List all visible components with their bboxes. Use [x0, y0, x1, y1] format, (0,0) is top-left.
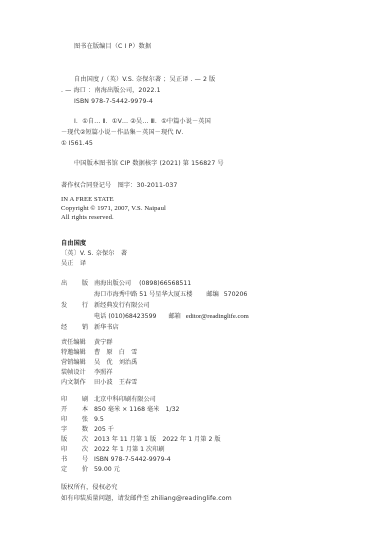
- publisher-row: 出 版 南海出版公司 (0898)66568511: [61, 280, 191, 288]
- cip-class-line3: ① I561.45: [61, 140, 93, 148]
- publisher-phone: (0898)66568511: [139, 280, 191, 288]
- cip-class-line1: Ⅰ．①自… Ⅱ．①V… ②吴… Ⅲ．①中篇小说－英国: [74, 118, 211, 126]
- distributor-name: 新经典发行有限公司: [94, 302, 150, 310]
- cip-entry-line2: . — 海口 ：南海出版公司，2022.1: [61, 87, 161, 95]
- cip-core-number: 中国版本图书馆 CIP 数据核字 (2021) 第 156827 号: [74, 160, 224, 168]
- copyright-registration: 著作权合同登记号 图字：30-2011-037: [61, 182, 177, 190]
- postcode-label: 邮编: [206, 291, 218, 298]
- publisher-address: 海口市海秀中路 51 号星华大厦五楼: [94, 291, 192, 298]
- editor-row: 特邀编辑 曹 原 白 雪: [61, 349, 137, 357]
- copyright-page: 图书在版编目（C I P）数据 自由国度 /（英）V.S. 奈保尔著 ；吴正译 …: [0, 0, 375, 544]
- seller-name: 新华书店: [94, 324, 119, 332]
- seller-row: 经 销 新华书店: [61, 324, 119, 332]
- editor-row: 装帧设计 李照祥: [61, 369, 113, 377]
- cip-class-line2: －现代②短篇小说－作品集－英国－现代 Ⅳ．: [61, 129, 188, 137]
- cip-isbn: ISBN 978-7-5442-9979-4: [74, 98, 153, 106]
- spec-row: 印刷 北京中科印刷有限公司: [61, 396, 156, 404]
- email-label: 邮箱: [168, 313, 180, 320]
- publisher-label: 出 版: [61, 280, 88, 288]
- original-copyright: Copyright © 1971, 2007, V.S. Naipaul: [61, 205, 166, 213]
- seller-label: 经 销: [61, 324, 88, 332]
- editor-row: 营销编辑 吴 优 刘治禹: [61, 359, 137, 367]
- book-title: 自由国度: [61, 240, 86, 248]
- book-translator: 吴正 译: [61, 260, 86, 268]
- spec-row: 定价 59.00 元: [61, 466, 120, 474]
- original-rights: All rights reserved.: [61, 214, 114, 222]
- cip-entry-line1: 自由国度 /（英）V.S. 奈保尔著 ；吴正译 . — 2 版: [74, 76, 215, 84]
- postcode: 570206: [224, 291, 248, 298]
- quality-notice: 如有印装质量问题，请发邮件至 zhiliang@readinglife.com: [61, 495, 232, 503]
- distributor-phone: 电话 (010)68423599: [94, 313, 156, 320]
- spec-row: 印次 2022 年 1 月第 1 次印刷: [61, 446, 165, 454]
- original-title: IN A FREE STATE: [61, 196, 114, 204]
- editor-row: 责任编辑 黄宁群: [61, 339, 113, 347]
- distributor-row: 发 行 新经典发行有限公司: [61, 302, 150, 310]
- distributor-email[interactable]: editor@readinglife.com: [186, 313, 249, 320]
- cip-heading: 图书在版编目（C I P）数据: [74, 43, 151, 51]
- spec-row: 开本 850 毫米 × 1168 毫米 1/32: [61, 406, 179, 414]
- distributor-contact-row: 电话 (010)68423599 邮箱 editor@readinglife.c…: [94, 313, 249, 321]
- spec-row: 印张 9.5: [61, 416, 104, 424]
- spec-row: 字数 205 千: [61, 426, 114, 434]
- editor-row: 内文制作 田小波 王春雪: [61, 379, 137, 387]
- distributor-label: 发 行: [61, 302, 88, 310]
- publisher-address-row: 海口市海秀中路 51 号星华大厦五楼 邮编 570206: [94, 291, 247, 299]
- spec-row: 版次 2013 年 11 月第 1 版 2022 年 1 月第 2 版: [61, 436, 221, 444]
- publisher-name: 南海出版公司: [94, 280, 131, 288]
- rights-notice: 版权所有，侵权必究: [61, 484, 118, 492]
- spec-row: 书号 ISBN 978-7-5442-9979-4: [61, 456, 171, 464]
- book-author: 〔英〕V. S. 奈保尔 著: [61, 250, 127, 258]
